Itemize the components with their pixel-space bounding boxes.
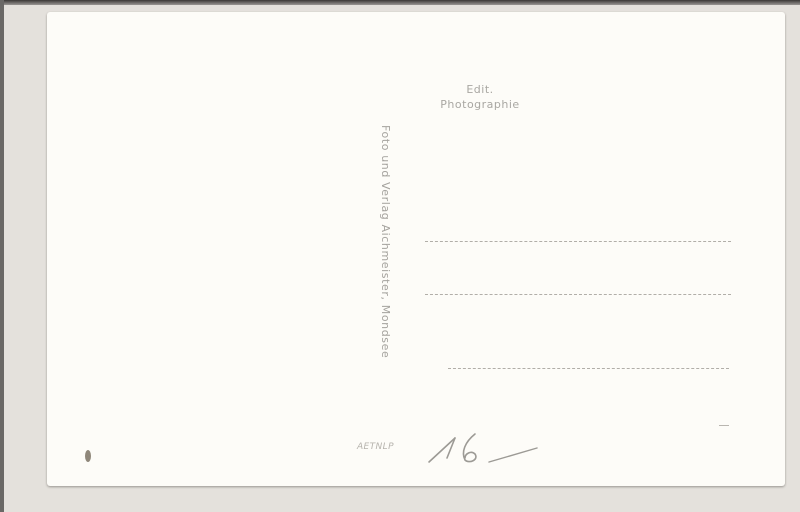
address-line-1 (425, 241, 731, 242)
stain-spot (85, 450, 91, 462)
edition-line-1: Edit. (396, 82, 564, 97)
edition-label: Edit. Photographie (396, 82, 564, 112)
address-line-3 (448, 368, 729, 369)
corner-mark (719, 425, 729, 426)
edition-line-2: Photographie (396, 97, 564, 112)
scan-edge-left (0, 0, 4, 512)
handwritten-number-icon (425, 428, 545, 468)
publisher-credit: Foto und Verlag Aichmeister, Mondsee (379, 125, 392, 358)
scan-edge-top (0, 0, 800, 5)
address-line-2 (425, 294, 731, 295)
stamp-code: AETNLP (357, 442, 394, 452)
